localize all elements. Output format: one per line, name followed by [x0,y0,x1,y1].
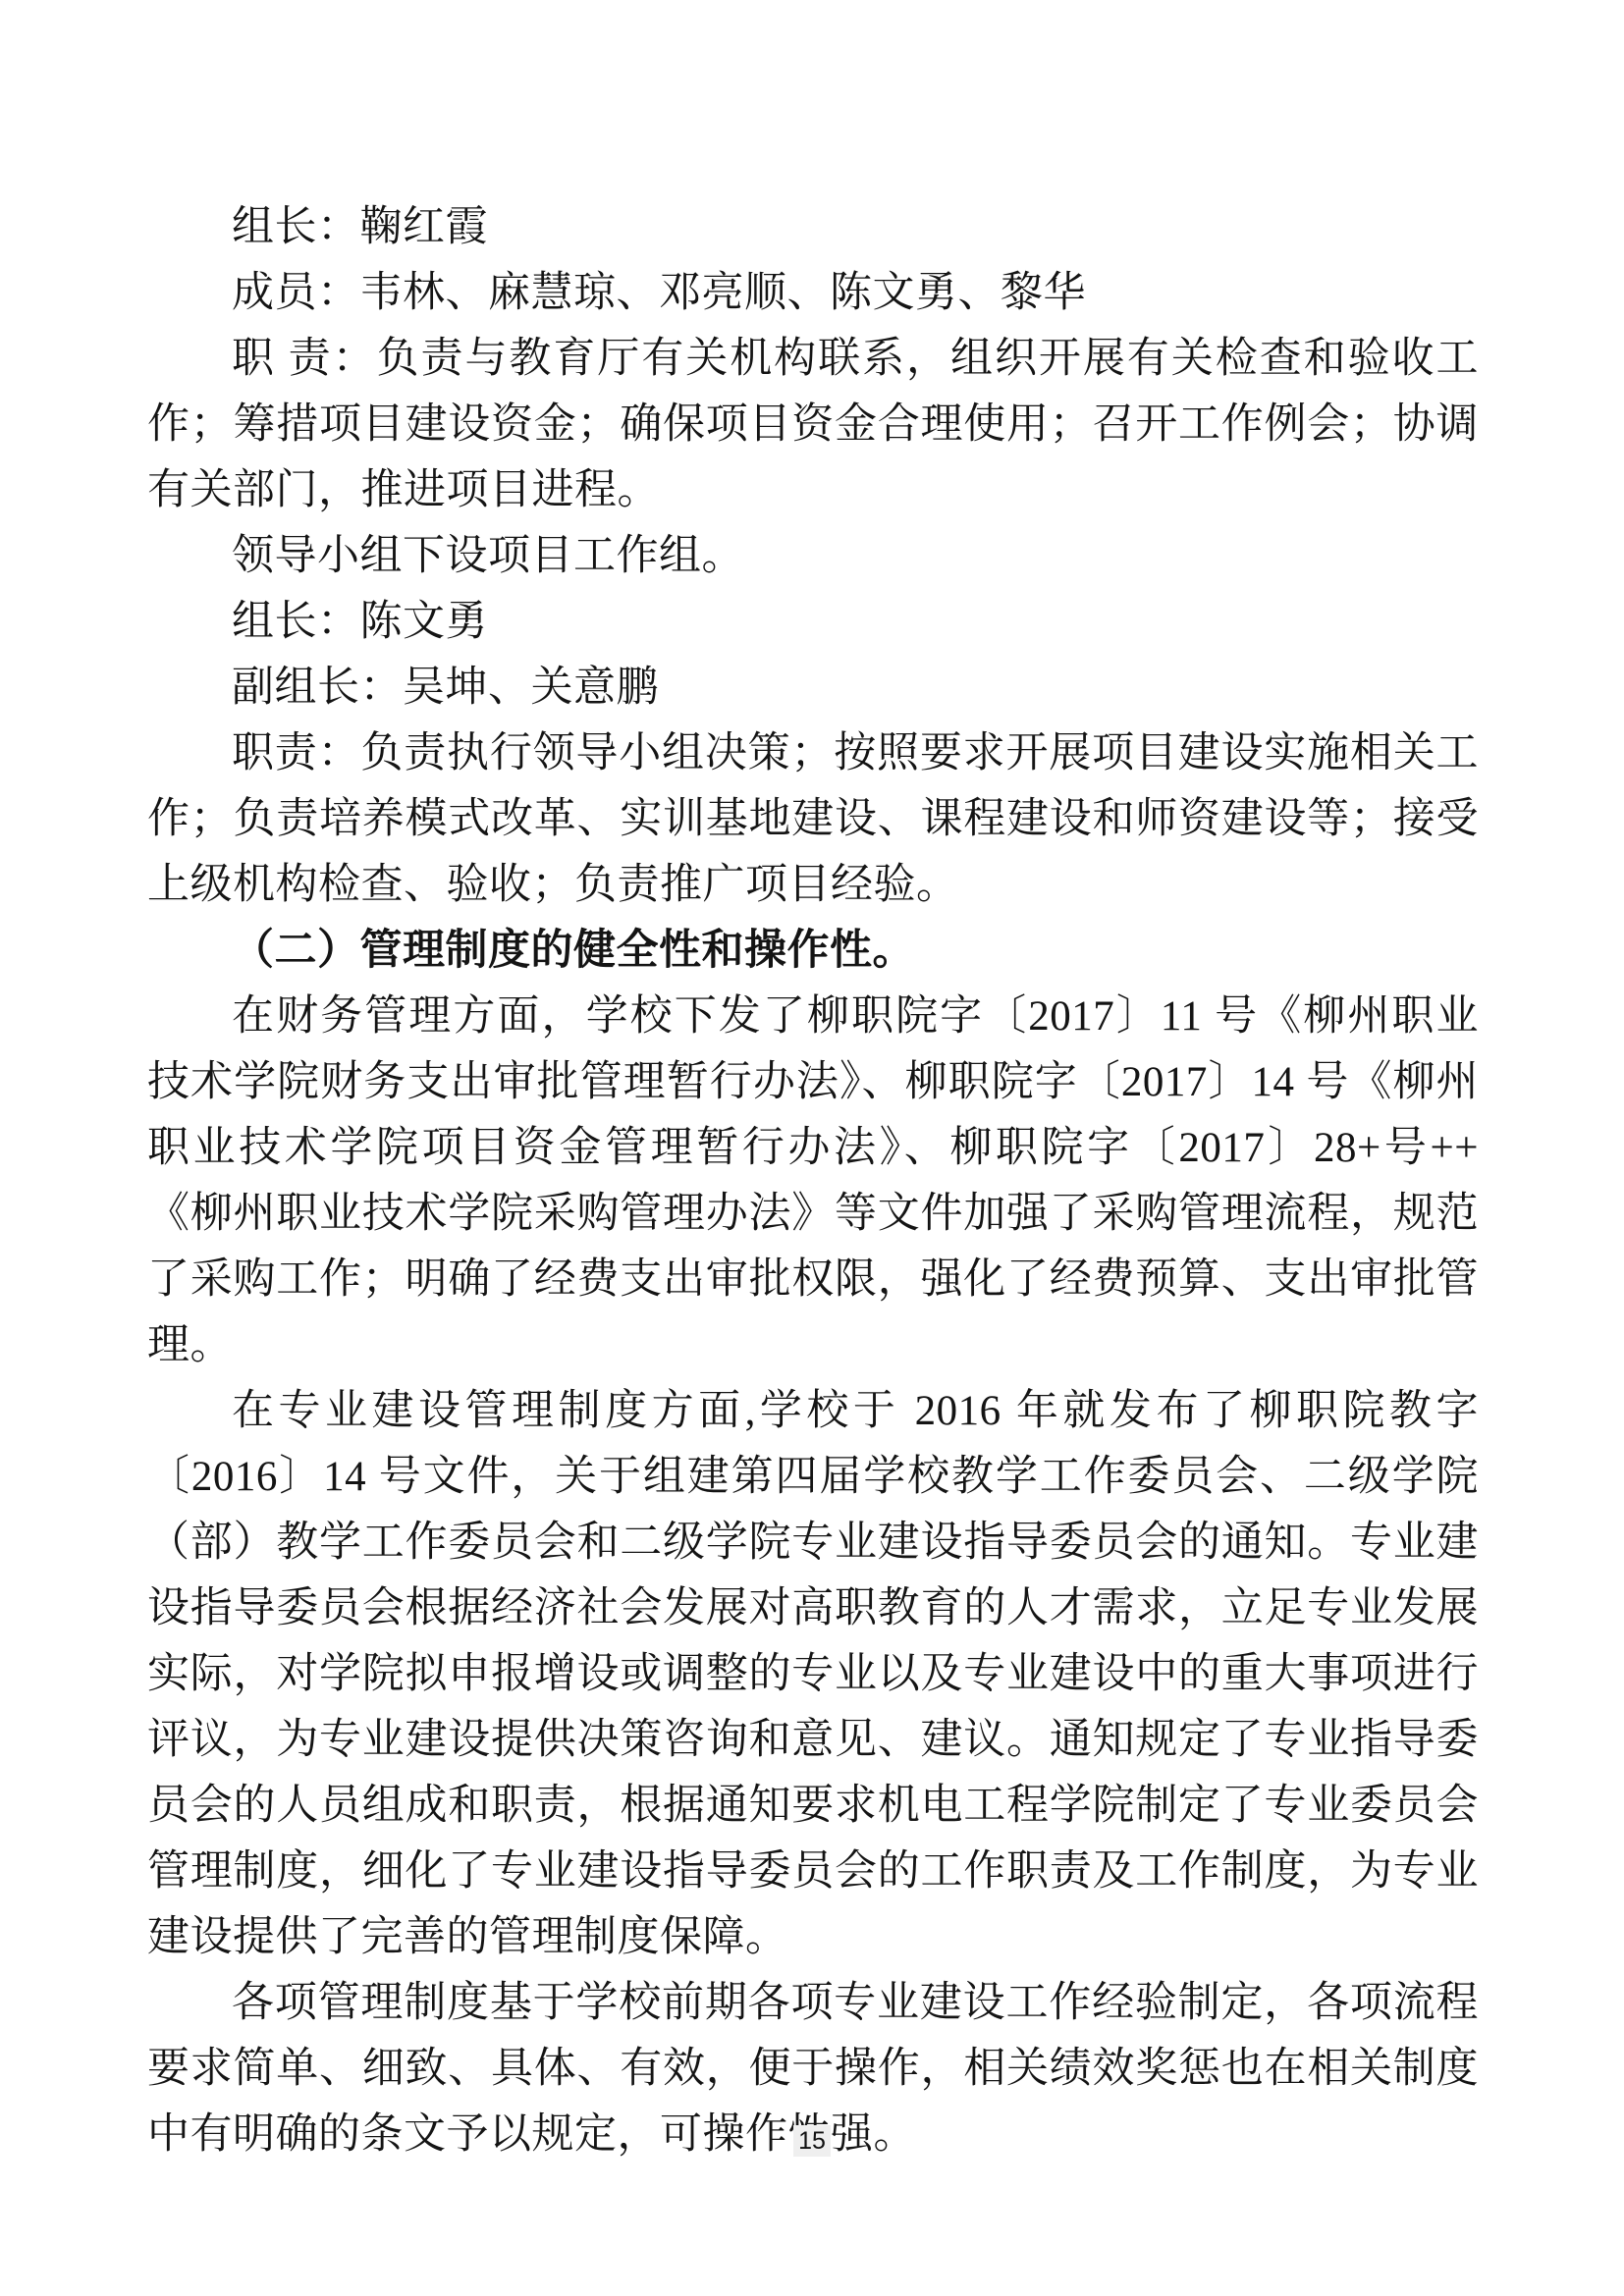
page-number: 15 [793,2125,831,2157]
document-body: 组长：鞠红霞 成员：韦林、麻慧琼、邓亮顺、陈文勇、黎华 职 责：负责与教育厅有关… [147,194,1479,2167]
document-page: 组长：鞠红霞 成员：韦林、麻慧琼、邓亮顺、陈文勇、黎华 职 责：负责与教育厅有关… [0,0,1624,2296]
section-heading: （二）管理制度的健全性和操作性。 [147,918,1479,984]
paragraph-financial-management: 在财务管理方面，学校下发了柳职院字〔2017〕11 号《柳州职业技术学院财务支出… [147,984,1479,1378]
page-footer: 15 [0,2125,1624,2157]
paragraph-working-group-responsibilities: 职责：负责执行领导小组决策；按照要求开展项目建设实施相关工作；负责培养模式改革、… [147,721,1479,918]
paragraph-working-group-leader: 组长：陈文勇 [147,589,1479,655]
paragraph-working-group-deputy-leaders: 副组长：吴坤、关意鹏 [147,655,1479,721]
paragraph-working-group-note: 领导小组下设项目工作组。 [147,523,1479,589]
paragraph-members: 成员：韦林、麻慧琼、邓亮顺、陈文勇、黎华 [147,260,1479,326]
paragraph-specialty-management: 在专业建设管理制度方面,学校于 2016 年就发布了柳职院教字〔2016〕14 … [147,1378,1479,1970]
paragraph-leading-group-responsibilities: 职 责：负责与教育厅有关机构联系，组织开展有关检查和验收工作；筹措项目建设资金；… [147,326,1479,523]
paragraph-leader-name: 组长：鞠红霞 [147,194,1479,260]
